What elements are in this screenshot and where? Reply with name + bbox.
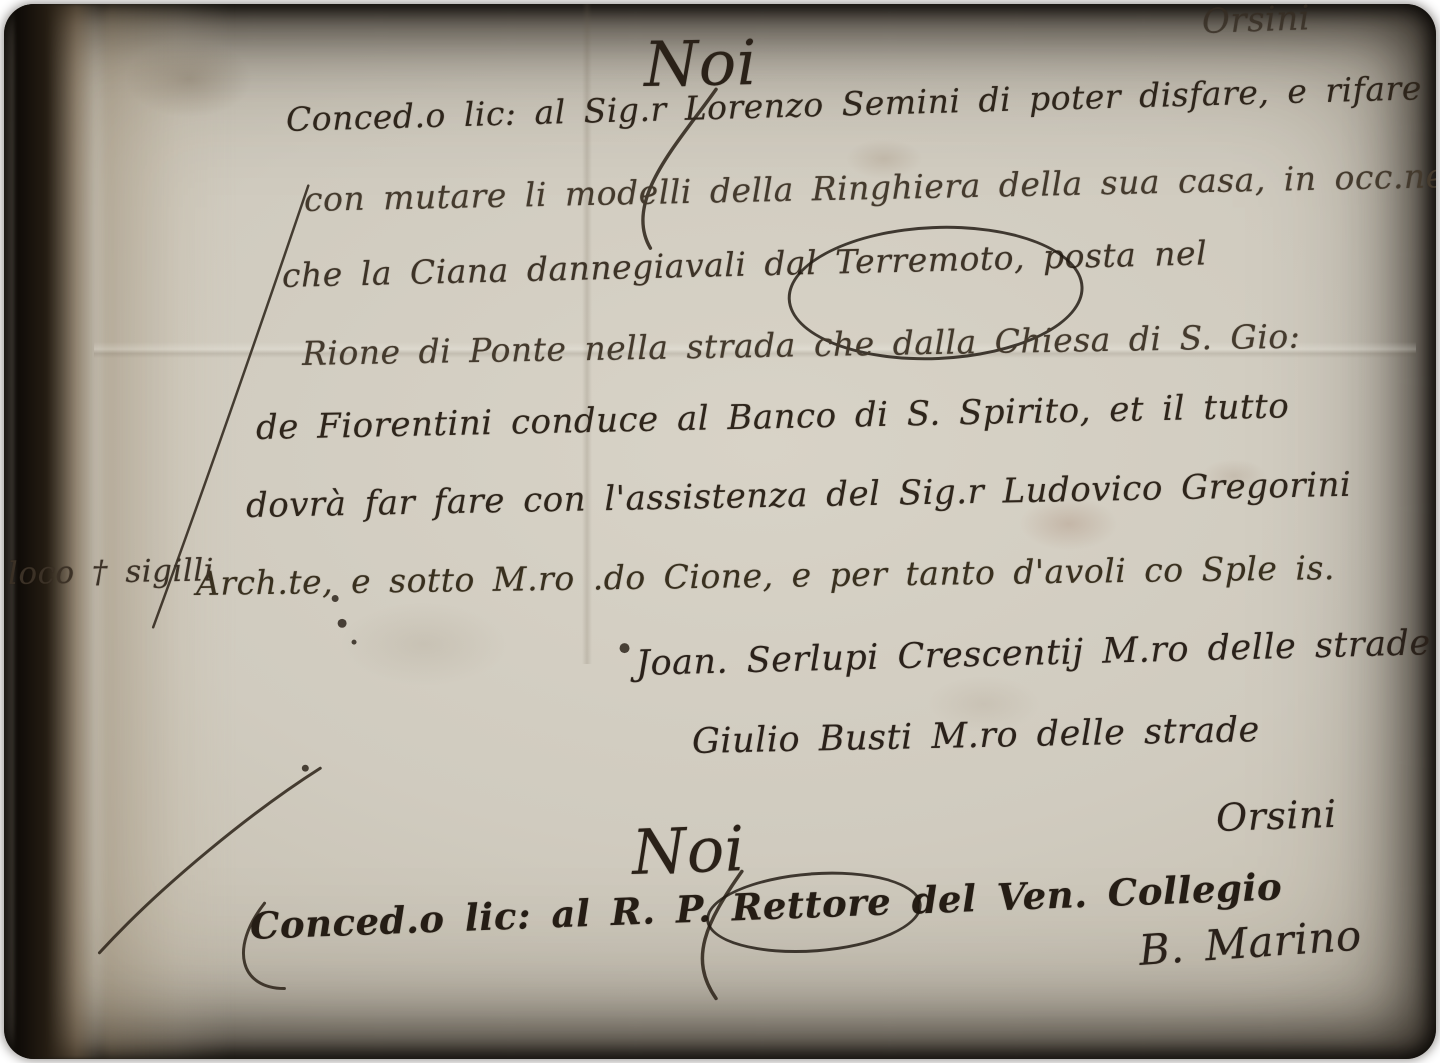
decree1-line-7: Arch.te, e sotto M.ro .do Cione, e per t… bbox=[196, 548, 1335, 603]
decree2-pre-text: Conced.o lic: al R. P. bbox=[249, 886, 712, 948]
decree2-line-1: Conced.o lic: al R. P. Rettore del Ven. … bbox=[249, 864, 1283, 948]
line3-pre-text: che la Ciana dannegiavali dal bbox=[282, 243, 818, 295]
decree1-line-5: de Fiorentini conduce al Banco di S. Spi… bbox=[256, 386, 1290, 448]
decree1-line-2: con mutare li modelli della Ringhiera de… bbox=[304, 156, 1436, 219]
page-binding-shadow bbox=[14, 4, 106, 1059]
terremoto-circled-word: Terremoto, bbox=[835, 238, 1026, 282]
decree2-heading: Noi bbox=[631, 812, 746, 889]
signature-marino: B. Marino bbox=[1137, 911, 1363, 975]
terremoto-word: Terremoto, bbox=[835, 238, 1026, 282]
ink-blot bbox=[302, 765, 309, 772]
manuscript-photo: Orsini Noi Conced.o lic: al Sig.r Lorenz… bbox=[4, 4, 1436, 1059]
decree1-line-4: Rione di Ponte nella strada che dalla Ch… bbox=[302, 317, 1301, 373]
decree1-line-6: dovrà far fare con l'assistenza del Sig.… bbox=[246, 465, 1352, 526]
line3-post-text: posta nel bbox=[1042, 233, 1207, 276]
ink-blot bbox=[352, 640, 357, 645]
ink-blot bbox=[620, 643, 630, 653]
signature-orsini: Orsini bbox=[1215, 792, 1337, 840]
ink-blot bbox=[338, 619, 347, 628]
decree1-line-3: che la Ciana dannegiavali dal Terremoto,… bbox=[282, 233, 1208, 295]
decree2-post-text: del Ven. Collegio bbox=[911, 864, 1283, 922]
rettore-circled-word: Rettore bbox=[731, 879, 892, 929]
top-right-signature: Orsini bbox=[1201, 4, 1311, 42]
signature-giulio-busti: Giulio Busti M.ro delle strade bbox=[692, 710, 1261, 762]
decree1-line-1: Conced.o lic: al Sig.r Lorenzo Semini di… bbox=[285, 68, 1422, 139]
signature-serlupi-crescenzi: Joan. Serlupi Crescentij M.ro delle stra… bbox=[635, 623, 1431, 684]
rettore-word: Rettore bbox=[731, 879, 892, 929]
page-fold-highlight bbox=[102, 4, 232, 1059]
loco-sigilli-margin-note: loco † sigilli bbox=[8, 552, 215, 592]
